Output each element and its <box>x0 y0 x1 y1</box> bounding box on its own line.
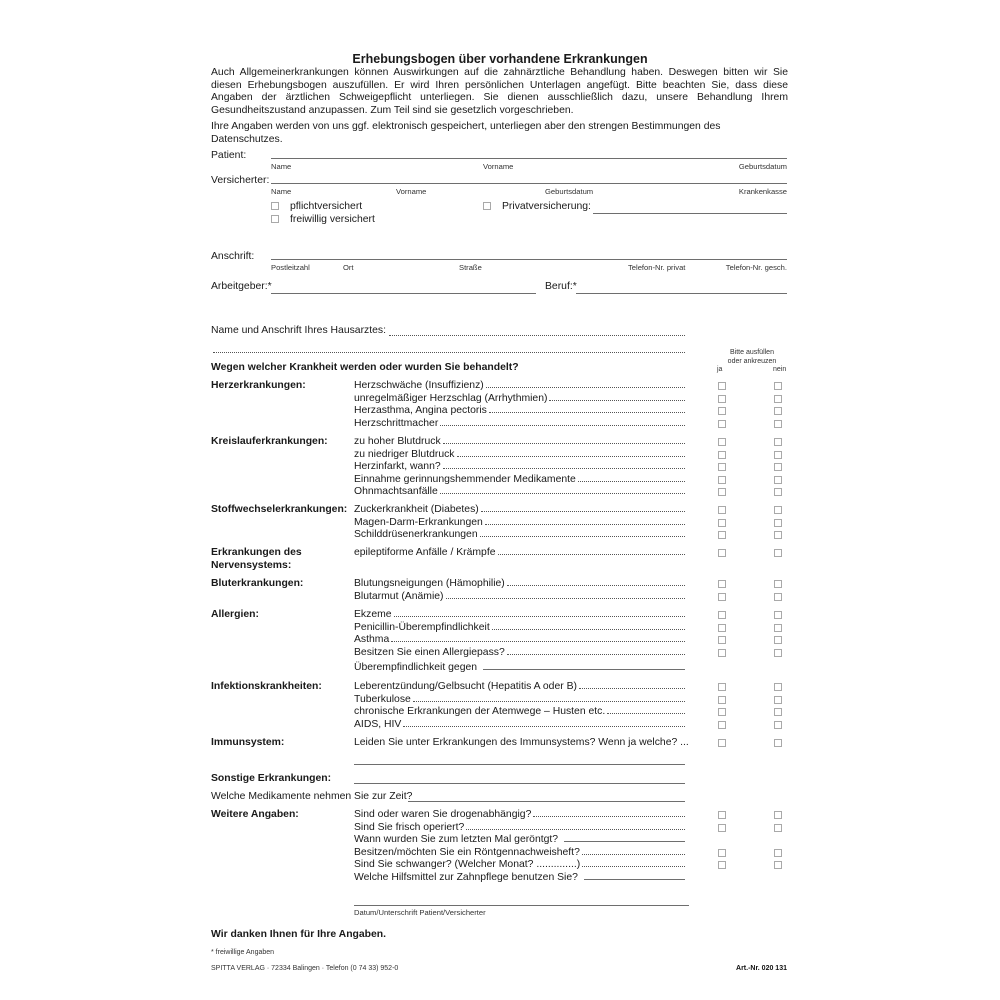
checkbox-nein-herz-1[interactable] <box>774 382 782 390</box>
question-text: Blutungsneigungen (Hämophilie) <box>354 578 505 591</box>
checkbox-nein-allergien-3[interactable] <box>774 636 782 644</box>
dot-leader <box>607 713 685 714</box>
answer-header-line-1: Bitte ausfüllen <box>712 349 792 358</box>
checkbox-nein-allergien-4[interactable] <box>774 649 782 657</box>
checkbox-nein-bluter-2[interactable] <box>774 593 782 601</box>
medikamente-label: Welche Medikamente nehmen Sie zur Zeit? <box>211 791 412 802</box>
section-herz-label: Herzerkrankungen: <box>211 380 306 393</box>
checkbox-nein-nerven-1[interactable] <box>774 549 782 557</box>
dot-leader <box>446 598 685 599</box>
question-text: Ohnmachtsanfälle <box>354 486 438 499</box>
question-text: Asthma <box>354 634 389 647</box>
question-herz-1: Herzschwäche (Insuffizienz) <box>354 380 685 393</box>
pflichtversichert-label: pflichtversichert <box>290 201 362 212</box>
checkbox-ja-herz-2[interactable] <box>718 395 726 403</box>
checkbox-nein-weitere-1[interactable] <box>774 811 782 819</box>
question-text: epileptiforme Anfälle / Krämpfe <box>354 547 496 560</box>
question-text: Herzschrittmacher <box>354 418 438 431</box>
immun-answer-field[interactable] <box>354 764 685 765</box>
dot-leader <box>413 701 685 702</box>
dot-leader <box>480 536 685 537</box>
checkbox-ja-weitere-5[interactable] <box>718 861 726 869</box>
question-text: Besitzen/möchten Sie ein Röntgennachweis… <box>354 847 580 860</box>
anschrift-label: Anschrift: <box>211 251 254 262</box>
question-nerven-1: epileptiforme Anfälle / Krämpfe <box>354 547 685 560</box>
question-text: Zuckerkrankheit (Diabetes) <box>354 504 479 517</box>
question-text: AIDS, HIV <box>354 719 401 732</box>
checkbox-ja-immun-1[interactable] <box>718 739 726 747</box>
freiwillig-versichert-label: freiwillig versichert <box>290 214 375 225</box>
checkbox-ja-bluter-1[interactable] <box>718 580 726 588</box>
checkbox-ja-infektion-2[interactable] <box>718 696 726 704</box>
question-kreislauf-1: zu hoher Blutdruck <box>354 436 685 449</box>
dot-leader <box>582 854 685 855</box>
question-kreislauf-5: Ohnmachtsanfälle <box>354 486 685 499</box>
checkbox-ja-kreislauf-2[interactable] <box>718 451 726 459</box>
checkbox-ja-allergien-3[interactable] <box>718 636 726 644</box>
question-allergien-3: Asthma <box>354 634 685 647</box>
question-text: Leiden Sie unter Erkrankungen des Immuns… <box>354 737 689 750</box>
question-weitere-1: Sind oder waren Sie drogenabhängig? <box>354 809 685 822</box>
beruf-field[interactable] <box>576 293 787 294</box>
question-infektion-4: AIDS, HIV <box>354 719 685 732</box>
question-text: Herzinfarkt, wann? <box>354 461 441 474</box>
answer-yes-header: ja <box>717 366 722 373</box>
checkbox-ja-bluter-2[interactable] <box>718 593 726 601</box>
thanks-text: Wir danken Ihnen für Ihre Angaben. <box>211 929 386 940</box>
dot-leader <box>533 816 685 817</box>
checkbox-nein-immun-1[interactable] <box>774 739 782 747</box>
question-weitere-5: Sind Sie schwanger? (Welcher Monat? ....… <box>354 859 685 872</box>
question-text: zu niedriger Blutdruck <box>354 449 455 462</box>
checkbox-ja-herz-1[interactable] <box>718 382 726 390</box>
patient-vorname-sublabel: Vorname <box>483 162 513 171</box>
privatversicherung-label: Privatversicherung: <box>502 201 591 212</box>
checkbox-nein-allergien-2[interactable] <box>774 624 782 632</box>
question-text: Penicillin-Überempfindlichkeit <box>354 622 490 635</box>
dot-leader <box>466 829 685 830</box>
checkbox-nein-stoffwechsel-1[interactable] <box>774 506 782 514</box>
question-text: Welche Hilfsmittel zur Zahnpflege benutz… <box>354 872 578 885</box>
question-text: zu hoher Blutdruck <box>354 436 441 449</box>
question-text: Sind Sie frisch operiert? <box>354 822 464 835</box>
answer-field[interactable] <box>584 879 685 880</box>
privatversicherung-checkbox[interactable] <box>483 202 491 210</box>
telefon-privat-sublabel: Telefon-Nr. privat <box>628 263 685 272</box>
sonstige-field[interactable] <box>354 783 685 784</box>
question-stoffwechsel-3: Schilddrüsenerkrankungen <box>354 529 685 542</box>
section-nerven-label: Erkrankungen des Nervensystems: <box>211 547 302 572</box>
section-nerven-label-line-2: Nervensystems: <box>211 560 302 573</box>
article-number: Art.-Nr. 020 131 <box>736 965 787 972</box>
checkbox-ja-stoffwechsel-3[interactable] <box>718 531 726 539</box>
dot-leader <box>486 387 685 388</box>
medikamente-field[interactable] <box>408 801 685 802</box>
checkbox-nein-kreislauf-3[interactable] <box>774 463 782 471</box>
question-stoffwechsel-1: Zuckerkrankheit (Diabetes) <box>354 504 685 517</box>
question-text: Tuberkulose <box>354 694 411 707</box>
question-text: Überempfindlichkeit gegen <box>354 662 477 675</box>
question-allergien-ueberempfindlichkeit: Überempfindlichkeit gegen <box>354 662 685 675</box>
checkbox-ja-allergien-4[interactable] <box>718 649 726 657</box>
question-infektion-1: Leberentzündung/Gelbsucht (Hepatitis A o… <box>354 681 685 694</box>
dot-leader <box>394 616 685 617</box>
intro-paragraph-2: Ihre Angaben werden von uns ggf. elektro… <box>211 121 788 146</box>
question-text: Ekzeme <box>354 609 392 622</box>
checkbox-nein-kreislauf-5[interactable] <box>774 488 782 496</box>
patient-name-sublabel: Name <box>271 162 291 171</box>
dot-leader <box>443 443 685 444</box>
question-kreislauf-3: Herzinfarkt, wann? <box>354 461 685 474</box>
dot-leader <box>443 468 685 469</box>
hausarzt-field-line-1[interactable] <box>389 335 685 336</box>
checkbox-nein-herz-4[interactable] <box>774 420 782 428</box>
question-weitere-6: Welche Hilfsmittel zur Zahnpflege benutz… <box>354 872 685 885</box>
question-text: Herzschwäche (Insuffizienz) <box>354 380 484 393</box>
checkbox-ja-kreislauf-4[interactable] <box>718 476 726 484</box>
question-text: chronische Erkrankungen der Atemwege – H… <box>354 706 605 719</box>
checkbox-nein-weitere-4[interactable] <box>774 849 782 857</box>
dot-leader <box>507 654 685 655</box>
checkbox-ja-stoffwechsel-2[interactable] <box>718 519 726 527</box>
strasse-sublabel: Straße <box>459 263 482 272</box>
section-infektion-label: Infektionskrankheiten: <box>211 681 322 694</box>
checkbox-nein-stoffwechsel-2[interactable] <box>774 519 782 527</box>
question-text: Einnahme gerinnungshemmender Medikamente <box>354 474 576 487</box>
question-infektion-2: Tuberkulose <box>354 694 685 707</box>
checkbox-ja-kreislauf-5[interactable] <box>718 488 726 496</box>
arbeitgeber-field[interactable] <box>271 293 536 294</box>
checkbox-nein-herz-3[interactable] <box>774 407 782 415</box>
dot-leader <box>485 524 685 525</box>
question-text: Blutarmut (Anämie) <box>354 591 444 604</box>
pflichtversichert-checkbox[interactable] <box>271 202 279 210</box>
ort-sublabel: Ort <box>343 263 354 272</box>
intro-paragraph-1: Auch Allgemeinerkrankungen können Auswir… <box>211 67 788 117</box>
checkbox-ja-herz-4[interactable] <box>718 420 726 428</box>
patient-label: Patient: <box>211 150 246 161</box>
checkbox-nein-weitere-2[interactable] <box>774 824 782 832</box>
question-herz-3: Herzasthma, Angina pectoris <box>354 405 685 418</box>
question-weitere-3: Wann wurden Sie zum letzten Mal geröntgt… <box>354 834 685 847</box>
dot-leader <box>578 481 685 482</box>
checkbox-ja-kreislauf-1[interactable] <box>718 438 726 446</box>
checkbox-ja-nerven-1[interactable] <box>718 549 726 557</box>
question-weitere-2: Sind Sie frisch operiert? <box>354 822 685 835</box>
checkbox-ja-stoffwechsel-1[interactable] <box>718 506 726 514</box>
dot-leader <box>489 412 685 413</box>
form-title: Erhebungsbogen über vorhandene Erkrankun… <box>0 52 1000 66</box>
checkbox-nein-infektion-2[interactable] <box>774 696 782 704</box>
checkbox-nein-bluter-1[interactable] <box>774 580 782 588</box>
signature-field[interactable] <box>354 905 689 906</box>
question-allergien-4: Besitzen Sie einen Allergiepass? <box>354 647 685 660</box>
footnote: * freiwillige Angaben <box>211 949 274 956</box>
question-herz-4: Herzschrittmacher <box>354 418 685 431</box>
checkbox-ja-allergien-2[interactable] <box>718 624 726 632</box>
privatversicherung-field[interactable] <box>593 213 787 214</box>
checkbox-ja-infektion-3[interactable] <box>718 708 726 716</box>
dot-leader <box>403 726 685 727</box>
dot-leader <box>549 400 685 401</box>
checkbox-nein-infektion-1[interactable] <box>774 683 782 691</box>
signature-label: Datum/Unterschrift Patient/Versicherter <box>354 908 486 917</box>
question-text: Besitzen Sie einen Allergiepass? <box>354 647 505 660</box>
question-text: Wann wurden Sie zum letzten Mal geröntgt… <box>354 834 558 847</box>
versicherter-vorname-sublabel: Vorname <box>396 187 426 196</box>
hausarzt-field-line-2[interactable] <box>213 352 685 353</box>
dot-leader <box>582 866 685 867</box>
dot-leader <box>440 493 685 494</box>
checkbox-nein-kreislauf-2[interactable] <box>774 451 782 459</box>
question-infektion-3: chronische Erkrankungen der Atemwege – H… <box>354 706 685 719</box>
checkbox-ja-infektion-1[interactable] <box>718 683 726 691</box>
dot-leader <box>492 629 685 630</box>
question-text: Magen-Darm-Erkrankungen <box>354 517 483 530</box>
telefon-gesch-sublabel: Telefon-Nr. gesch. <box>726 263 787 272</box>
checkbox-ja-herz-3[interactable] <box>718 407 726 415</box>
patient-field[interactable] <box>271 158 787 159</box>
question-kreislauf-4: Einnahme gerinnungshemmender Medikamente <box>354 474 685 487</box>
section-sonstige-label: Sonstige Erkrankungen: <box>211 773 331 786</box>
section-bluter-label: Bluterkrankungen: <box>211 578 303 591</box>
section-kreislauf-label: Kreislauferkrankungen: <box>211 436 328 449</box>
question-kreislauf-2: zu niedriger Blutdruck <box>354 449 685 462</box>
arbeitgeber-label: Arbeitgeber:* <box>211 281 272 292</box>
question-weitere-4: Besitzen/möchten Sie ein Röntgennachweis… <box>354 847 685 860</box>
hausarzt-label: Name und Anschrift Ihres Hausarztes: <box>211 325 386 336</box>
answer-header: Bitte ausfüllen oder ankreuzen <box>712 349 792 366</box>
checkbox-nein-weitere-5[interactable] <box>774 861 782 869</box>
checkbox-ja-weitere-1[interactable] <box>718 811 726 819</box>
dot-leader <box>579 688 685 689</box>
answer-field[interactable] <box>483 669 685 670</box>
anschrift-field[interactable] <box>271 259 787 260</box>
checkbox-ja-weitere-2[interactable] <box>718 824 726 832</box>
section-stoffwechsel-label: Stoffwechselerkrankungen: <box>211 504 347 517</box>
checkbox-ja-allergien-1[interactable] <box>718 611 726 619</box>
question-allergien-2: Penicillin-Überempfindlichkeit <box>354 622 685 635</box>
question-bluter-1: Blutungsneigungen (Hämophilie) <box>354 578 685 591</box>
question-text: Schilddrüsenerkrankungen <box>354 529 478 542</box>
dot-leader <box>481 511 685 512</box>
versicherter-krankenkasse-sublabel: Krankenkasse <box>739 187 787 196</box>
question-immun-1: Leiden Sie unter Erkrankungen des Immuns… <box>354 737 685 750</box>
versicherter-geburtsdatum-sublabel: Geburtsdatum <box>545 187 593 196</box>
dot-leader <box>498 554 685 555</box>
checkbox-nein-stoffwechsel-3[interactable] <box>774 531 782 539</box>
question-text: Sind oder waren Sie drogenabhängig? <box>354 809 531 822</box>
question-heading: Wegen welcher Krankheit werden oder wurd… <box>211 362 519 373</box>
answer-no-header: nein <box>773 366 786 373</box>
section-immun-label: Immunsystem: <box>211 737 284 750</box>
question-herz-2: unregelmäßiger Herzschlag (Arrhythmien) <box>354 393 685 406</box>
answer-header-line-2: oder ankreuzen <box>712 358 792 367</box>
checkbox-nein-kreislauf-4[interactable] <box>774 476 782 484</box>
question-stoffwechsel-2: Magen-Darm-Erkrankungen <box>354 517 685 530</box>
checkbox-nein-infektion-4[interactable] <box>774 721 782 729</box>
section-weitere-label: Weitere Angaben: <box>211 809 299 822</box>
checkbox-ja-weitere-4[interactable] <box>718 849 726 857</box>
checkbox-ja-infektion-4[interactable] <box>718 721 726 729</box>
dot-leader <box>440 425 685 426</box>
question-text: unregelmäßiger Herzschlag (Arrhythmien) <box>354 393 547 406</box>
question-allergien-1: Ekzeme <box>354 609 685 622</box>
question-text: Sind Sie schwanger? (Welcher Monat? ....… <box>354 859 580 872</box>
section-nerven-label-line-1: Erkrankungen des <box>211 547 302 560</box>
dot-leader <box>507 585 685 586</box>
patient-geburtsdatum-sublabel: Geburtsdatum <box>739 162 787 171</box>
checkbox-nein-kreislauf-1[interactable] <box>774 438 782 446</box>
answer-field[interactable] <box>564 841 685 842</box>
dot-leader <box>457 456 686 457</box>
checkbox-nein-infektion-3[interactable] <box>774 708 782 716</box>
beruf-label: Beruf:* <box>545 281 577 292</box>
checkbox-nein-herz-2[interactable] <box>774 395 782 403</box>
checkbox-ja-kreislauf-3[interactable] <box>718 463 726 471</box>
versicherter-name-sublabel: Name <box>271 187 291 196</box>
question-bluter-2: Blutarmut (Anämie) <box>354 591 685 604</box>
publisher-info: SPITTA VERLAG · 72334 Balingen · Telefon… <box>211 965 398 972</box>
versicherter-field[interactable] <box>271 183 787 184</box>
intro-text: Auch Allgemeinerkrankungen können Auswir… <box>211 67 788 147</box>
question-text: Herzasthma, Angina pectoris <box>354 405 487 418</box>
checkbox-nein-allergien-1[interactable] <box>774 611 782 619</box>
section-allergien-label: Allergien: <box>211 609 259 622</box>
dot-leader <box>391 641 685 642</box>
question-text: Leberentzündung/Gelbsucht (Hepatitis A o… <box>354 681 577 694</box>
postleitzahl-sublabel: Postleitzahl <box>271 263 310 272</box>
freiwillig-versichert-checkbox[interactable] <box>271 215 279 223</box>
versicherter-label: Versicherter: <box>211 175 269 186</box>
